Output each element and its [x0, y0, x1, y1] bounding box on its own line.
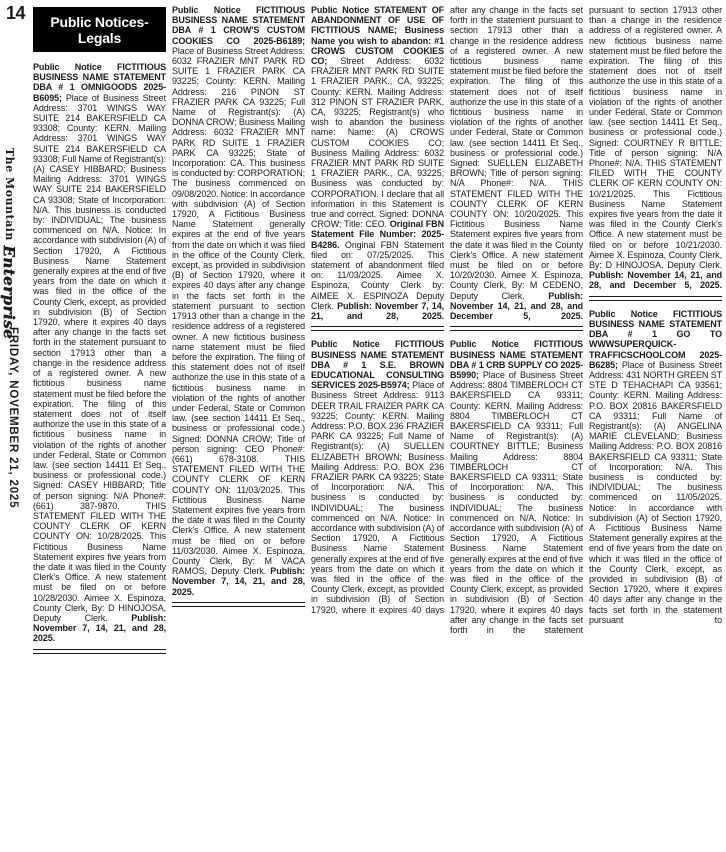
column-1-blocks: Public Notice FICTITIOUS BUSINESS NAME S… — [33, 62, 166, 654]
notice-text-run: Place of Business Street Address: 8804 T… — [450, 370, 583, 635]
left-margin-rail: 14 The Mountain Enterprise FRIDAY, NOVEM… — [0, 0, 32, 852]
masthead: The Mountain Enterprise — [1, 148, 17, 339]
fbn-statement-se-brown-part-2: after any change in the facts set forth … — [450, 5, 583, 321]
fbn-statement-crows-custom-cookies: Public Notice FICTITIOUS BUSINESS NAME S… — [172, 5, 305, 597]
column-1: Public Notices-Legals Public Notice FICT… — [33, 5, 166, 852]
section-header-banner: Public Notices-Legals — [33, 7, 166, 52]
notices-content: Public Notices-Legals Public Notice FICT… — [33, 5, 724, 852]
notice-text-run: after any change in the facts set forth … — [450, 5, 583, 301]
column-5: pursuant to section 17913 other than a c… — [589, 5, 722, 852]
notice-text-run: Place of Business Street Address: 431 NO… — [589, 360, 722, 625]
newspaper-page: 14 The Mountain Enterprise FRIDAY, NOVEM… — [0, 0, 726, 852]
notice-text-run: Public Notice FICTITIOUS BUSINESS NAME S… — [172, 5, 305, 46]
notice-separator-rule — [33, 649, 166, 654]
column-3: Public Notice STATEMENT OF ABANDONMENT O… — [311, 5, 444, 852]
fbn-statement-omnigoods: Public Notice FICTITIOUS BUSINESS NAME S… — [33, 62, 166, 644]
notice-text-run: Place of Business Street Address: 9113 D… — [311, 380, 444, 614]
fbn-statement-crb-supply-part-1: Public Notice FICTITIOUS BUSINESS NAME S… — [450, 339, 583, 635]
column-2: Public Notice FICTITIOUS BUSINESS NAME S… — [172, 5, 305, 852]
notice-separator-rule — [172, 602, 305, 607]
notice-text-run: Place of Business Street Address: 3701 W… — [33, 93, 166, 623]
edition-dateline: FRIDAY, NOVEMBER 21, 2025 — [7, 327, 19, 508]
masthead-title-top: The Mountain — [3, 148, 16, 245]
page-number: 14 — [6, 3, 25, 24]
notice-text-run: Place of Business Street Address: 6032 F… — [172, 46, 305, 576]
notice-text-run: Publish: November 14, 21, and 28, and De… — [589, 270, 722, 290]
notice-text-run: pursuant to section 17913 other than a c… — [589, 5, 722, 270]
fbn-statement-superquicktrafficschool-part-1: Public Notice FICTITIOUS BUSINESS NAME S… — [589, 309, 722, 625]
notice-separator-rule — [450, 326, 583, 331]
fbn-statement-crb-supply-part-2: pursuant to section 17913 other than a c… — [589, 5, 722, 291]
notice-separator-rule — [589, 296, 722, 301]
notice-text-run: Street Address: 6032 FRAZIER MNT PARK RD… — [311, 56, 444, 229]
fbn-statement-se-brown-part-1: Public Notice FICTITIOUS BUSINESS NAME S… — [311, 339, 444, 614]
notice-separator-rule — [311, 326, 444, 331]
abandonment-statement-crows-custom-cookies: Public Notice STATEMENT OF ABANDONMENT O… — [311, 5, 444, 321]
masthead-title-main: Enterprise — [0, 245, 18, 339]
column-4: after any change in the facts set forth … — [450, 5, 583, 852]
